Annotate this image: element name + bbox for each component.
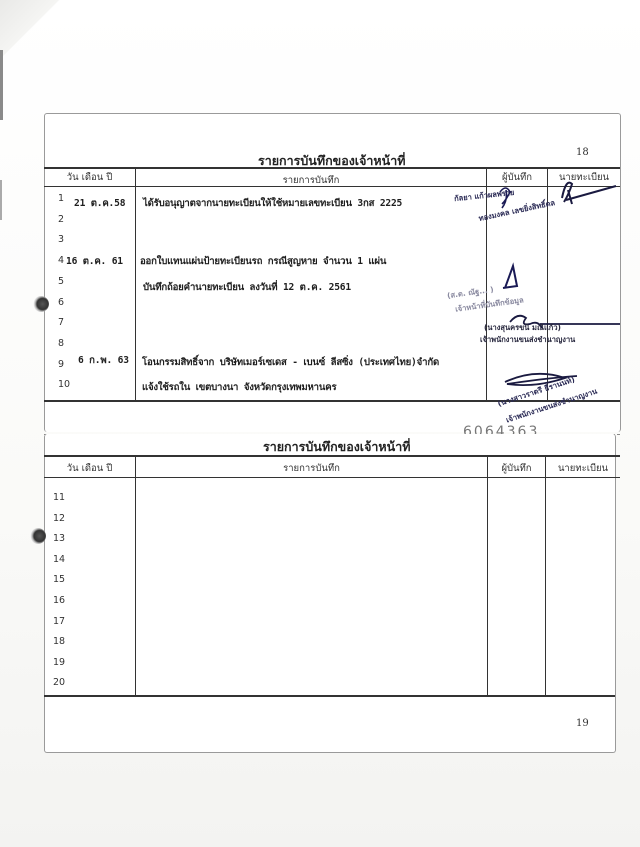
entry-date: 21 ต.ค.58: [74, 196, 125, 211]
entry-date: 6 ก.พ. 63: [78, 353, 129, 368]
header-registrar: นายทะเบียน: [548, 170, 620, 185]
row-number: 3: [58, 234, 64, 245]
page-left-edge: [0, 50, 3, 120]
bottom-form-title: รายการบันทึกของเจ้าหน้าที่: [263, 437, 410, 457]
row-number: 13: [53, 533, 65, 544]
entry-text: ได้รับอนุญาตจากนายทะเบียนให้ใช้หมายเลขทะ…: [143, 196, 402, 211]
entry-date: 16 ต.ค. 61: [66, 254, 123, 269]
row-number: 10: [58, 379, 70, 390]
row-number: 15: [53, 574, 65, 585]
header-entry: รายการบันทึก: [136, 461, 487, 476]
bottom-record-sheet: [44, 434, 616, 753]
row-number: 7: [58, 317, 64, 328]
table-border-top: [44, 455, 620, 457]
registrar-stamp-title: เจ้าพนักงานขนส่งชำนาญงาน: [480, 334, 575, 346]
column-divider: [545, 455, 546, 696]
row-number: 19: [53, 657, 65, 668]
row-number: 9: [58, 359, 64, 370]
row-number: 20: [53, 677, 65, 688]
entry-text: ออกใบแทนแผ่นป้ายทะเบียนรถ กรณีสูญหาย จำน…: [140, 254, 386, 269]
table-border-bottom: [44, 695, 615, 697]
column-divider: [487, 455, 488, 696]
punch-hole-icon: [30, 528, 46, 544]
row-number: 4: [58, 255, 64, 266]
row-number: 1: [58, 193, 64, 204]
row-number: 16: [53, 595, 65, 606]
row-number: 2: [58, 214, 64, 225]
row-number: 8: [58, 338, 64, 349]
header-date: วัน เดือน ปี: [44, 461, 135, 476]
column-divider: [135, 167, 136, 401]
header-divider: [44, 477, 620, 478]
entry-text: บันทึกถ้อยคำนายทะเบียน ลงวันที่ 12 ต.ค. …: [143, 280, 351, 295]
page-corner-shadow: [0, 0, 60, 70]
column-divider: [135, 455, 136, 696]
top-page-number: 18: [576, 147, 589, 158]
row-number: 5: [58, 276, 64, 287]
header-registrar: นายทะเบียน: [546, 461, 620, 476]
header-date: วัน เดือน ปี: [44, 170, 135, 185]
row-number: 11: [53, 492, 65, 503]
header-entry: รายการบันทึก: [136, 173, 486, 188]
row-number: 18: [53, 636, 65, 647]
entry-text: โอนกรรมสิทธิ์จาก บริษัทเมอร์เซเดส - เบนซ…: [142, 355, 439, 370]
row-number: 12: [53, 513, 65, 524]
row-number: 14: [53, 554, 65, 565]
page-left-edge: [0, 180, 2, 220]
row-number: 6: [58, 297, 64, 308]
entry-text: แจ้งใช้รถใน เขตบางนา จังหวัดกรุงเทพมหานค…: [142, 380, 336, 395]
table-border-top: [44, 167, 620, 169]
header-recorder: ผู้บันทึก: [488, 461, 545, 476]
table-border-bottom: [44, 400, 620, 402]
header-recorder: ผู้บันทึก: [487, 170, 547, 185]
bottom-page-number: 19: [576, 718, 589, 729]
punch-hole-icon: [33, 296, 49, 312]
row-number: 17: [53, 616, 65, 627]
registrar-stamp-text: (นางสุนครขนิ มณีแก้ว): [484, 322, 561, 334]
